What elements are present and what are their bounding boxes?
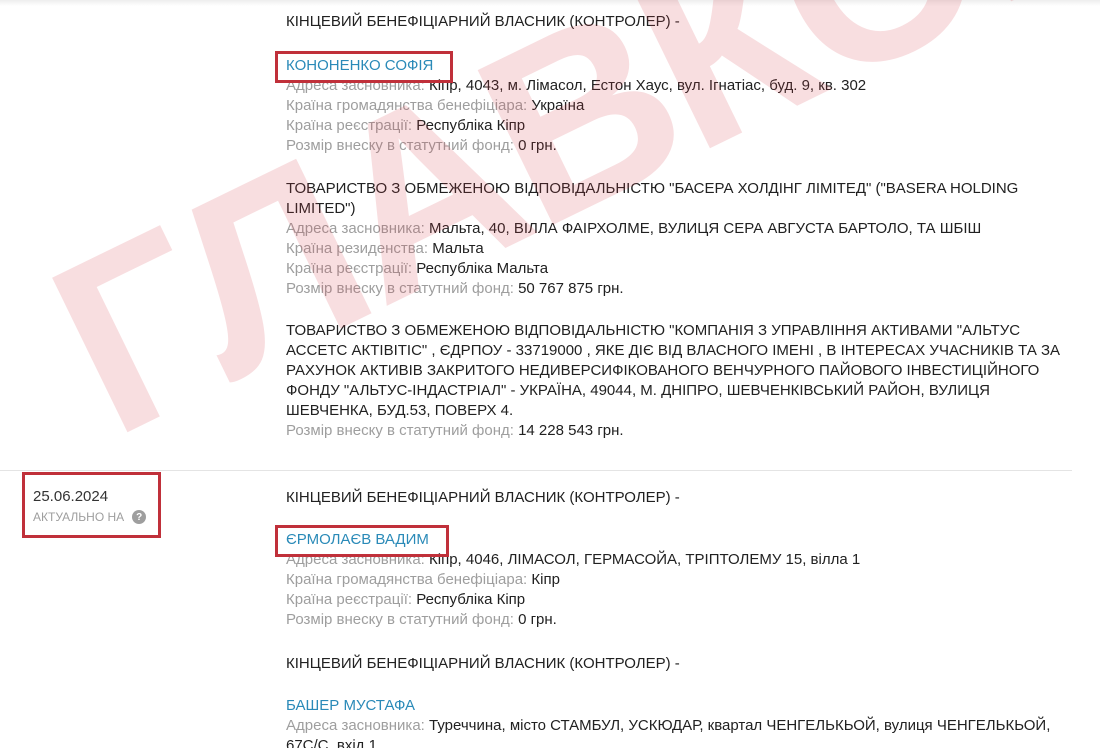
owner-block-kononenko: КІНЦЕВИЙ БЕНЕФІЦІАРНИЙ ВЛАСНИК (КОНТРОЛЕ… [286,12,1076,156]
field-row: Країна реєстрації: Республіка Кіпр [286,590,1076,610]
date-value: 25.06.2024 [33,488,146,505]
field-row: Адреса засновника: Кіпр, 4046, ЛІМАСОЛ, … [286,550,1076,570]
owner-name-link[interactable]: ЄРМОЛАЄВ ВАДИМ [286,530,429,550]
help-icon[interactable]: ? [132,510,146,524]
owner-name-link[interactable]: КОНОНЕНКО СОФІЯ [286,56,433,76]
owner-block-yermolaev: КІНЦЕВИЙ БЕНЕФІЦІАРНИЙ ВЛАСНИК (КОНТРОЛЕ… [286,488,1076,630]
founder-org-name: ТОВАРИСТВО З ОБМЕЖЕНОЮ ВІДПОВІДАЛЬНІСТЮ … [286,321,1076,421]
field-row: Країна реєстрації: Республіка Мальта [286,259,1076,279]
founder-org-name: ТОВАРИСТВО З ОБМЕЖЕНОЮ ВІДПОВІДАЛЬНІСТЮ … [286,179,1076,219]
owner-block-basher: КІНЦЕВИЙ БЕНЕФІЦІАРНИЙ ВЛАСНИК (КОНТРОЛЕ… [286,654,1076,748]
field-row: Розмір внеску в статутний фонд: 0 грн. [286,610,1076,630]
field-row: Адреса засновника: Туреччина, місто СТАМ… [286,716,1076,748]
field-row: Адреса засновника: Мальта, 40, ВІЛЛА ФАІ… [286,219,1076,239]
owner-heading: КІНЦЕВИЙ БЕНЕФІЦІАРНИЙ ВЛАСНИК (КОНТРОЛЕ… [286,488,1076,508]
owner-heading: КІНЦЕВИЙ БЕНЕФІЦІАРНИЙ ВЛАСНИК (КОНТРОЛЕ… [286,12,1076,32]
actual-label: АКТУАЛЬНО НА ? [33,510,146,524]
field-row: Країна реєстрації: Республіка Кіпр [286,116,1076,136]
owner-name-link[interactable]: БАШЕР МУСТАФА [286,696,415,716]
field-row: Країна громадянства бенефіціара: Україна [286,96,1076,116]
top-edge [0,0,1100,6]
field-row: Розмір внеску в статутний фонд: 14 228 5… [286,421,1076,441]
field-row: Розмір внеску в статутний фонд: 50 767 8… [286,279,1076,299]
record-divider [0,470,1072,471]
field-row: Країна резиденства: Мальта [286,239,1076,259]
record-date: 25.06.2024 АКТУАЛЬНО НА ? [33,488,146,524]
field-row: Країна громадянства бенефіціара: Кіпр [286,570,1076,590]
founder-block-basera: ТОВАРИСТВО З ОБМЕЖЕНОЮ ВІДПОВІДАЛЬНІСТЮ … [286,179,1076,299]
field-row: Адреса засновника: Кіпр, 4043, м. Лімасо… [286,76,1076,96]
field-row: Розмір внеску в статутний фонд: 0 грн. [286,136,1076,156]
owner-heading: КІНЦЕВИЙ БЕНЕФІЦІАРНИЙ ВЛАСНИК (КОНТРОЛЕ… [286,654,1076,674]
founder-block-altus: ТОВАРИСТВО З ОБМЕЖЕНОЮ ВІДПОВІДАЛЬНІСТЮ … [286,321,1076,441]
